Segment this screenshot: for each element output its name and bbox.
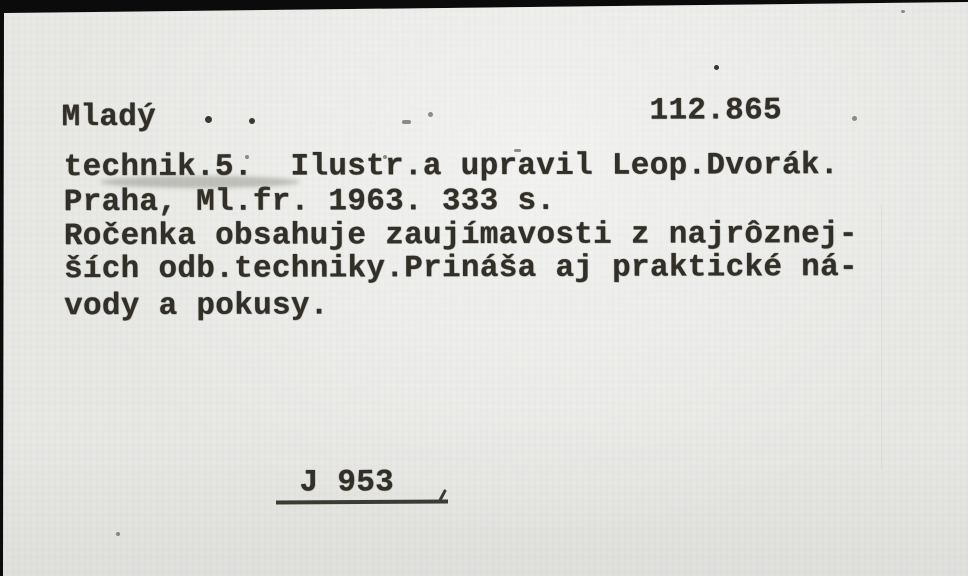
scanned-catalog-card: Mladý 112.865 technik.5. Ilustr.a upravi… bbox=[0, 0, 968, 576]
ink-speck bbox=[383, 155, 387, 159]
catalog-line-3: Ročenka obsahuje zaujímavosti z najrôzne… bbox=[64, 219, 858, 252]
ink-speck bbox=[428, 112, 433, 117]
ink-speck bbox=[205, 116, 212, 123]
catalog-line-5: vody a pokusy. bbox=[64, 290, 329, 322]
call-number: 112.865 bbox=[649, 95, 781, 126]
ink-smudge bbox=[100, 176, 300, 188]
ink-speck bbox=[245, 155, 249, 159]
ink-speck bbox=[402, 120, 411, 124]
ink-speck bbox=[514, 149, 521, 152]
catalog-card-paper: Mladý 112.865 technik.5. Ilustr.a upravi… bbox=[0, 0, 968, 576]
ink-speck bbox=[249, 118, 255, 124]
catalog-title-word: Mladý bbox=[62, 102, 157, 133]
ink-speck bbox=[116, 532, 120, 536]
ink-speck bbox=[901, 10, 905, 13]
ink-speck bbox=[852, 116, 857, 121]
shelf-mark: J 953 bbox=[299, 467, 394, 498]
ink-speck bbox=[714, 65, 719, 70]
catalog-line-4: ších odb.techniky.Prináša aj praktické n… bbox=[64, 252, 858, 285]
paper-crease bbox=[881, 205, 882, 470]
catalog-line-2: Praha, Ml.fr. 1963. 333 s. bbox=[64, 186, 556, 218]
typewritten-text-layer: Mladý 112.865 technik.5. Ilustr.a upravi… bbox=[0, 0, 968, 576]
